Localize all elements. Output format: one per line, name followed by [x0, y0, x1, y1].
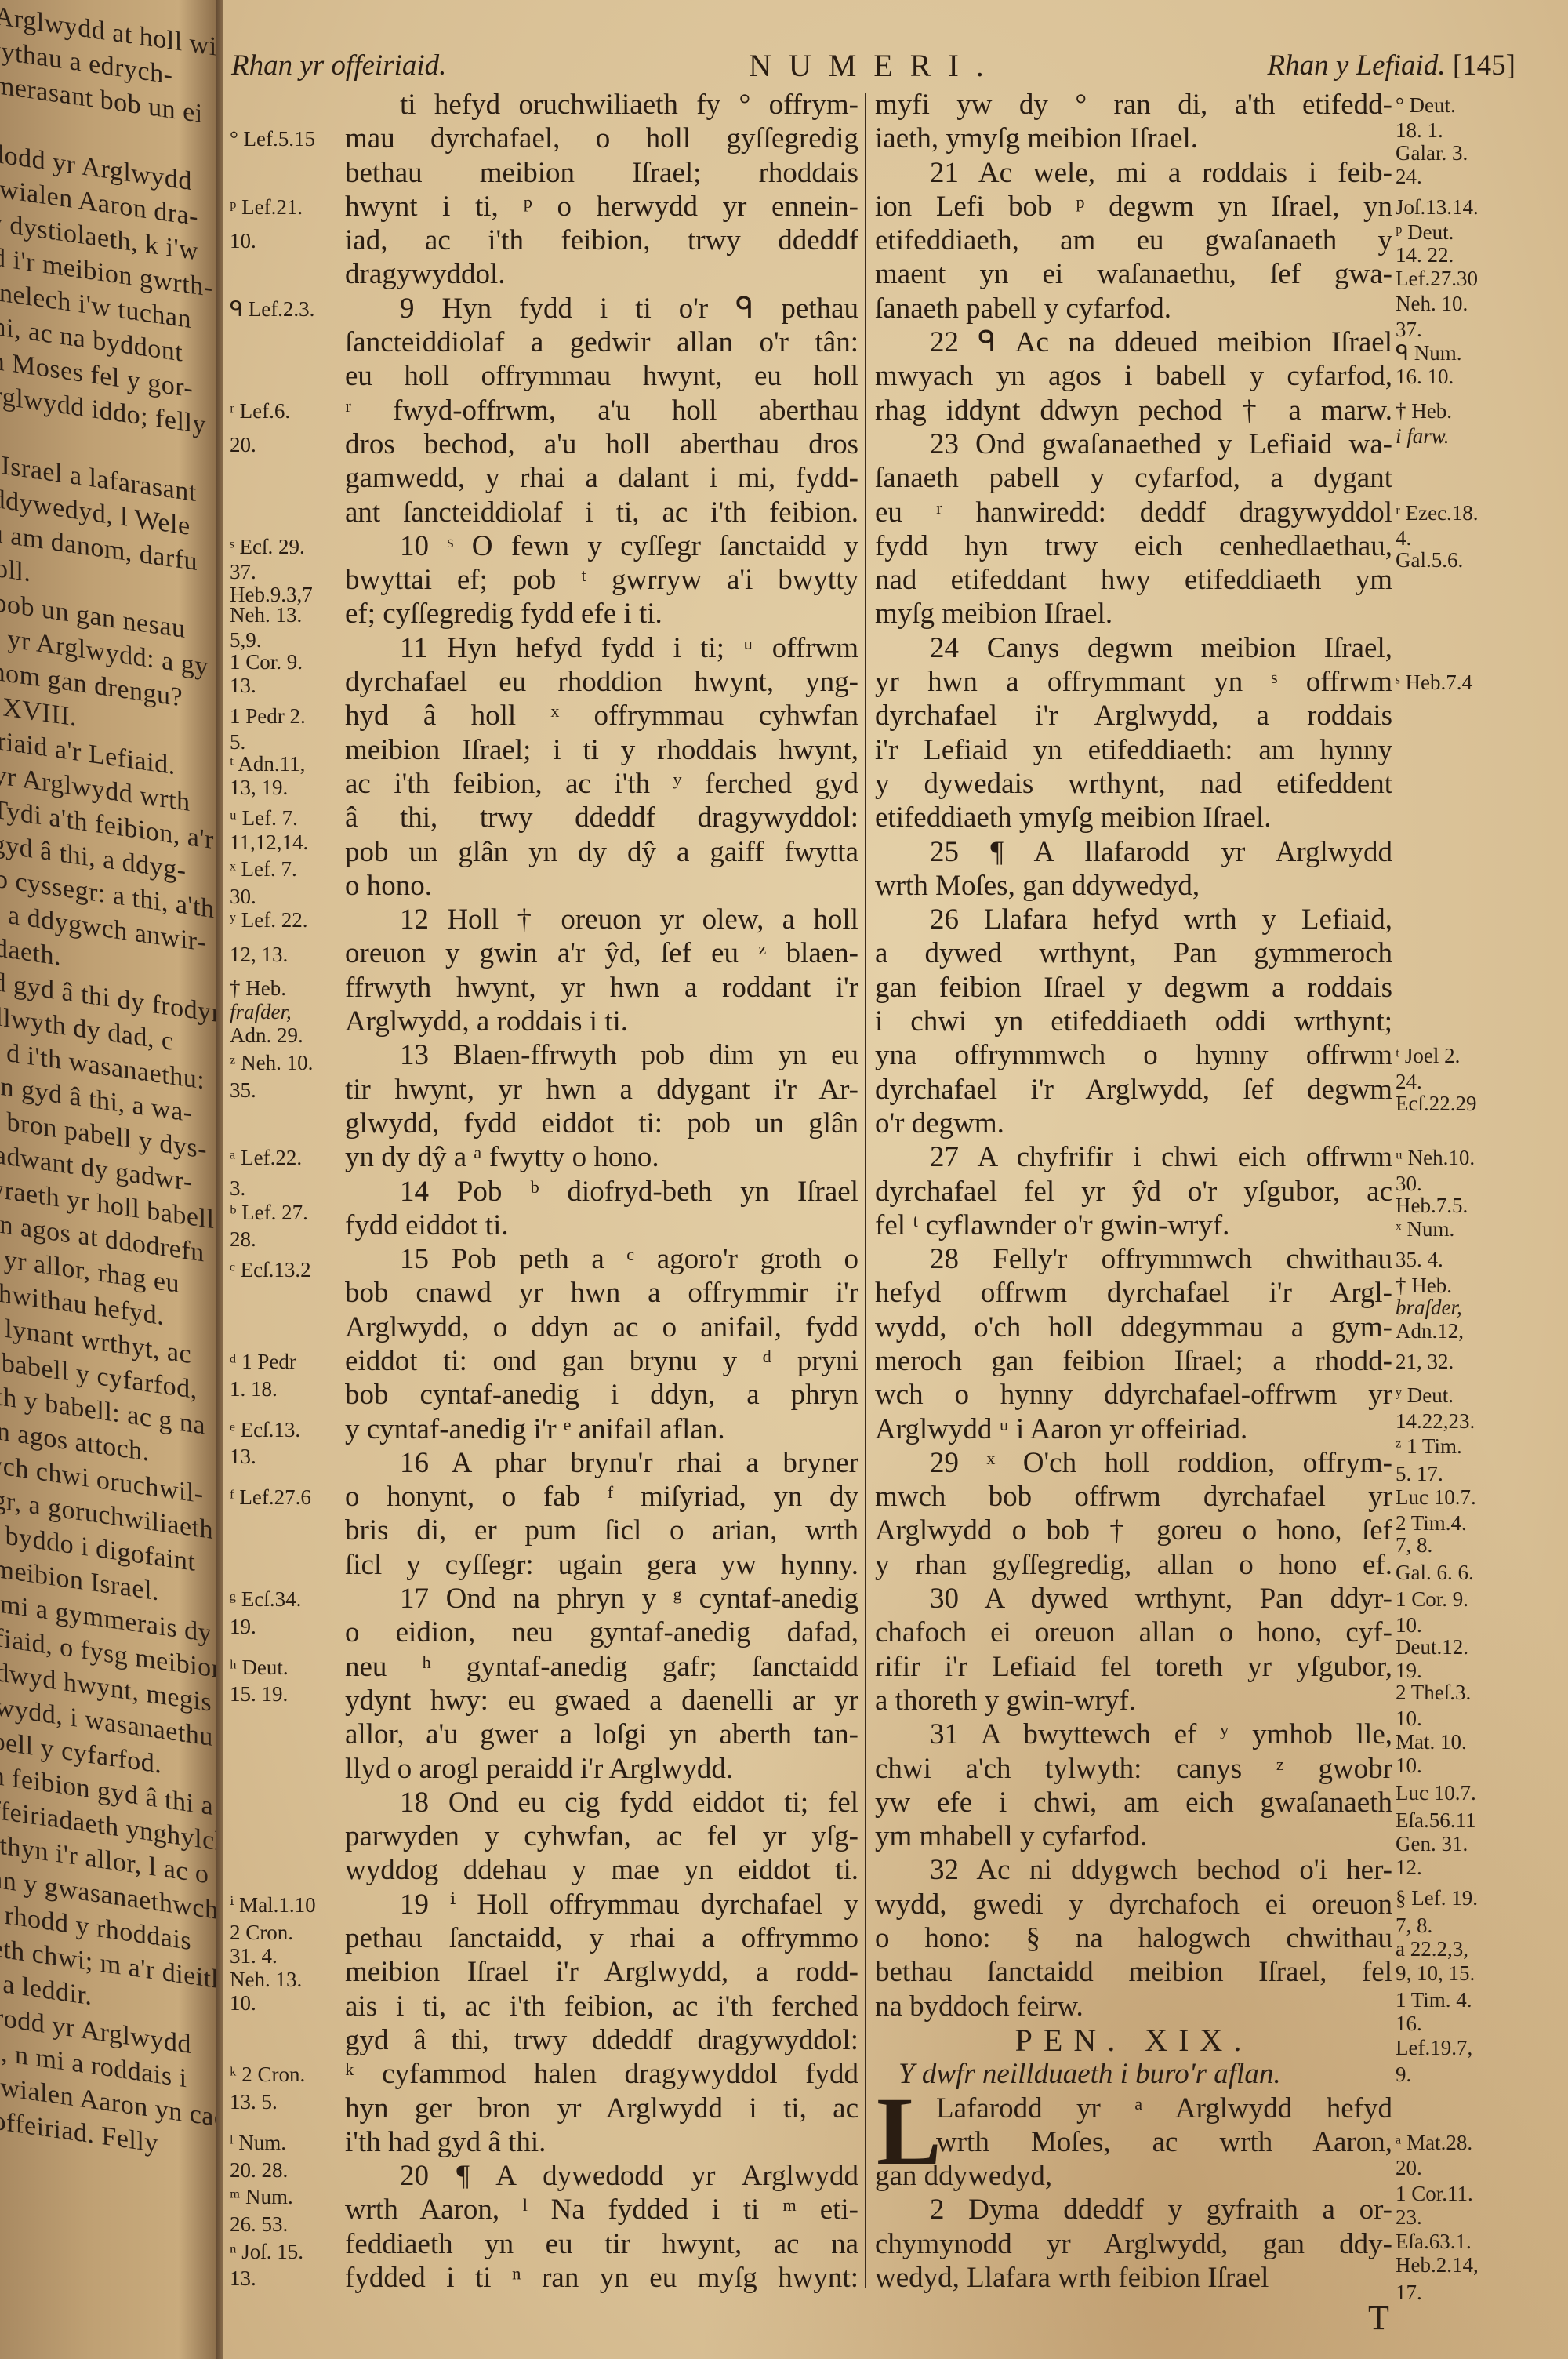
text-line: Y dwfr neillduaeth i buro'r aflan.: [875, 2057, 1392, 2091]
text-line: 29 ˣ O'ch holl roddion, offrym-: [875, 1446, 1392, 1480]
text-line: y dywedais wrthynt, nad etifeddent: [875, 767, 1392, 801]
text-line: dragywyddol.: [345, 257, 858, 291]
cross-reference-note: ˡ Num.: [230, 2132, 286, 2154]
text-line: gan ddywedyd,: [875, 2159, 1392, 2193]
text-line: nad etifeddant hwy etifeddiaeth ym: [875, 563, 1392, 597]
text-line: na byddoch feirw.: [875, 1990, 1392, 2023]
text-line: hyn ger bron yr Arglwydd i ti, ac: [345, 2092, 858, 2125]
cross-reference-note: ᶻ 1 Tim.: [1396, 1435, 1462, 1457]
text-line: meibion Iſrael i'r Arglwydd, a rodd-: [345, 1955, 858, 1989]
text-line: ais i ti, ac i'th feibion, ac i'th ferch…: [345, 1990, 858, 2023]
text-line: 27 A chyfrifir i chwi eich offrwm: [875, 1140, 1392, 1174]
text-line: wedyd, Llafara wrth feibion Iſrael: [875, 2261, 1392, 2295]
cross-reference-note: Eſa.63.1.: [1396, 2230, 1472, 2252]
cross-reference-note: ˢ Heb.7.4: [1396, 671, 1472, 693]
cross-reference-note: Gen. 31.: [1396, 1833, 1468, 1855]
text-line: fel ᵗ cyflawnder o'r gwin-wryf.: [875, 1209, 1392, 1242]
cross-reference-note: 1 Cor.11.: [1396, 2183, 1473, 2205]
text-line: â thi, trwy ddeddf dragywyddol:: [345, 801, 858, 834]
text-line: 26 Llafara hefyd wrth y Lefiaid,: [875, 903, 1392, 936]
text-line: 14 Pob ᵇ diofryd-beth yn Iſrael: [345, 1175, 858, 1209]
text-line: ſicl y cyſſegr: ugain gera yw hynny.: [345, 1548, 858, 1582]
cross-reference-note: ° Deut.: [1396, 94, 1456, 116]
cross-reference-note: 1 Cor. 9.: [230, 651, 303, 673]
cross-reference-note: ° Lef.5.15: [230, 128, 315, 150]
cross-reference-note: 20.: [1396, 2157, 1422, 2179]
text-line: llyd o arogl peraidd i'r Arglwydd.: [345, 1752, 858, 1786]
text-line: Arglwydd ᵘ i Aaron yr offeiriad.: [875, 1412, 1392, 1446]
cross-reference-note: 19.: [1396, 1659, 1422, 1681]
signature-mark: T: [1368, 2298, 1389, 2338]
cross-reference-note: 30.: [1396, 1172, 1422, 1194]
text-line: hyd â holl ˣ offrymmau cyhwfan: [345, 699, 858, 732]
text-line: i chwi yn etifeddiaeth oddi wrthynt;: [875, 1005, 1392, 1038]
text-line: meibion Iſrael; i ti y rhoddais hwynt,: [345, 733, 858, 767]
cross-reference-note: 2 Cron.: [230, 1921, 293, 1943]
cross-reference-note: ⁱ Mal.1.10: [230, 1894, 316, 1916]
cross-reference-note: ˣ Num.: [1396, 1218, 1454, 1240]
cross-reference-note: 16.: [1396, 2012, 1422, 2034]
text-line: 23 Ond gwaſanaethed y Lefiaid wa-: [875, 427, 1392, 461]
text-line: ᵏ cyfammod halen dragywyddol fydd: [345, 2057, 858, 2091]
cross-reference-note: 3.: [230, 1177, 245, 1199]
cross-reference-note: 9, 10, 15.: [1396, 1962, 1475, 1984]
running-head: Rhan yr offeiriaid. NUMERI. Rhan y Lefia…: [231, 44, 1509, 83]
cross-reference-note: Joſ.13.14.: [1396, 196, 1479, 218]
cross-reference-note: Lef.27.30: [1396, 267, 1478, 289]
text-line: gyd â thi, trwy ddeddf dragywyddol:: [345, 2023, 858, 2057]
text-line: wydd, gwedi y dyrchafoch ei oreuon: [875, 1888, 1392, 1921]
text-line: ffrwyth hwynt, yr hwn a roddant i'r: [345, 971, 858, 1005]
cross-reference-note: ᵖ Deut.: [1396, 221, 1454, 243]
book-title: NUMERI.: [749, 47, 1001, 84]
text-line: gan feibion Iſrael y degwm a roddais: [875, 971, 1392, 1005]
cross-reference-note: 14.22,23.: [1396, 1410, 1475, 1432]
text-line: 20 ¶ A dywedodd yr Arglwydd: [345, 2159, 858, 2193]
left-column-text: ti hefyd oruchwiliaeth fy ° offrym-mau d…: [345, 88, 858, 2295]
cross-reference-note: Lef.19.7,: [1396, 2037, 1472, 2059]
cross-reference-note: 1 Cor. 9.: [1396, 1588, 1468, 1610]
cross-reference-note: 24.: [1396, 1070, 1422, 1092]
text-line: fydd eiddot ti.: [345, 1209, 858, 1242]
text-line: bob cnawd yr hwn a offrymmir i'r: [345, 1276, 858, 1310]
text-line: dros bechod, a'u holl aberthau dros: [345, 427, 858, 461]
cross-reference-note: Adn.12,: [1396, 1320, 1464, 1342]
text-line: yr hwn a offrymmant yn ˢ offrwm: [875, 665, 1392, 699]
cross-reference-note: 12, 13.: [230, 943, 288, 965]
text-line: 18 Ond eu cig fydd eiddot ti; fel: [345, 1786, 858, 1819]
cross-reference-note: 26. 53.: [230, 2213, 288, 2235]
text-line: a thoreth y gwin-wryf.: [875, 1684, 1392, 1717]
cross-reference-note: § Lef. 19.: [1396, 1887, 1478, 1909]
cross-reference-note: Galar. 3.: [1396, 142, 1468, 164]
page-number: [145]: [1453, 49, 1515, 82]
cross-reference-note: Neh. 10.: [1396, 293, 1468, 314]
cross-reference-note: 20. 28.: [230, 2159, 288, 2181]
cross-reference-note: i farw.: [1396, 425, 1450, 447]
running-head-left: Rhan yr offeiriaid.: [231, 49, 446, 82]
text-line: 17 Ond na phryn y ᵍ cyntaf-anedig: [345, 1582, 858, 1616]
cross-reference-note: 24.: [1396, 165, 1422, 187]
text-line: o honynt, o fab ᶠ miſyriad, yn dy: [345, 1480, 858, 1514]
text-line: ſanaeth pabell y cyfarfod.: [875, 292, 1392, 325]
text-line: yn dy dŷ a ᵃ fwytty o hono.: [345, 1140, 858, 1174]
cross-reference-note: ᵃ Lef.22.: [230, 1147, 302, 1169]
text-line: mau dyrchafael, o holl gyſſegredig: [345, 122, 858, 155]
cross-reference-note: ᵐ Num.: [230, 2186, 293, 2208]
text-line: i'r Lefiaid yn etifeddiaeth: am hynny: [875, 733, 1392, 767]
cross-reference-note: Heb.9.3,7: [230, 583, 313, 605]
cross-reference-note: 10.: [230, 230, 256, 252]
cross-reference-note: 23.: [1396, 2206, 1422, 2228]
text-line: fydd hyn trwy eich cenhedlaethau,: [875, 529, 1392, 563]
text-line: bwyttai ef; pob ᵗ gwrryw a'i bwytty: [345, 563, 858, 597]
cross-reference-note: 5. 17.: [1396, 1463, 1443, 1485]
text-line: 22 ᑫ Ac na ddeued meibion Iſrael: [875, 325, 1392, 359]
cross-reference-note: ᵗ Adn.11,: [230, 753, 305, 775]
text-line: 25 ¶ A llafarodd yr Arglwydd: [875, 835, 1392, 869]
cross-reference-note: † Heb.: [1396, 400, 1452, 422]
cross-reference-note: ˣ Lef. 7.: [230, 858, 297, 880]
text-line: bethau ſanctaidd meibion Iſrael, fel: [875, 1955, 1392, 1989]
text-line: 16 A phar brynu'r rhai a bryner: [345, 1446, 858, 1480]
text-line: a dywed wrthynt, Pan gymmeroch: [875, 936, 1392, 970]
text-line: rhag iddynt ddwyn pechod † a marw.: [875, 394, 1392, 427]
text-line: 19 ⁱ Holl offrymmau dyrchafael y: [345, 1888, 858, 1921]
cross-reference-note: ᵏ 2 Cron.: [230, 2063, 305, 2085]
cross-reference-note: ᵗ Joel 2.: [1396, 1045, 1460, 1067]
text-line: 9 Hyn fydd i ti o'r ᑫ pethau: [345, 292, 858, 325]
cross-reference-note: 12.: [1396, 1856, 1422, 1878]
facing-page: n yr Arglwydd at holl wiail y llwythl: h…: [0, 0, 223, 2359]
cross-reference-note: ᶜ Ecſ.13.2: [230, 1259, 311, 1281]
cross-reference-note: ʳ Lef.6.: [230, 400, 290, 422]
cross-reference-note: Adn. 29.: [230, 1024, 303, 1046]
text-line: parwyden y cyhwfan, ac fel yr yſg-: [345, 1819, 858, 1853]
cross-reference-note: ᵃ Mat.28.: [1396, 2132, 1472, 2154]
cross-reference-note: Mat. 10.: [1396, 1731, 1467, 1753]
text-line: 12 Holl † oreuon yr olew, a holl: [345, 903, 858, 936]
text-line: 31 A bwyttewch ef ʸ ymhob lle,: [875, 1717, 1392, 1751]
cross-reference-note: 20.: [230, 434, 256, 456]
cross-reference-note: Eſa.56.11: [1396, 1809, 1475, 1831]
cross-reference-note: Gal. 6. 6.: [1396, 1561, 1474, 1583]
cross-reference-note: 37.: [1396, 318, 1422, 340]
cross-reference-note: 31. 4.: [230, 1945, 278, 1967]
cross-reference-note: 37.: [230, 561, 256, 583]
column-divider: [865, 93, 866, 2288]
text-line: myſg meibion Iſrael.: [875, 597, 1392, 631]
cross-reference-note: Deut.12.: [1396, 1636, 1468, 1658]
text-line: chymynodd yr Arglwydd, gan ddy-: [875, 2227, 1392, 2261]
cross-reference-note: 13. 5.: [230, 2091, 278, 2113]
text-line: wrth Moſes, ac wrth Aaron,: [875, 2125, 1392, 2159]
text-line: allor, a'u gwer a loſgi yn aberth tan-: [345, 1717, 858, 1751]
cross-reference-note: 5.: [230, 731, 245, 753]
text-line: ef; cyſſegredig fydd efe i ti.: [345, 597, 858, 631]
text-line: pethau ſanctaidd, y rhai a offrymmo: [345, 1921, 858, 1955]
cross-reference-note: 4.: [1396, 527, 1411, 549]
text-line: y rhan gyſſegredig, allan o hono ef.: [875, 1548, 1392, 1582]
cross-reference-note: 30.: [230, 885, 256, 907]
text-line: mwch bob offrwm dyrchafael yr: [875, 1480, 1392, 1514]
cross-reference-note: ʸ Lef. 22.: [230, 909, 307, 931]
cross-reference-note: ᵉ Ecſ.13.: [230, 1419, 300, 1441]
text-line: ydynt hwy: eu gwaed a daenelli ar yr: [345, 1684, 858, 1717]
cross-reference-note: 21, 32.: [1396, 1350, 1454, 1372]
running-head-right: Rhan y Lefiaid. [145]: [1267, 49, 1515, 82]
text-line: neu ʰ gyntaf-anedig gafr; ſanctaidd: [345, 1650, 858, 1684]
text-line: Lafarodd yr ᵃ Arglwydd hefyd: [875, 2092, 1392, 2125]
cross-reference-note: 14. 22.: [1396, 244, 1454, 266]
text-line: yna offrymmwch o hynny offrwm: [875, 1038, 1392, 1072]
text-line: 11 Hyn hefyd fydd i ti; ᵘ offrwm: [345, 631, 858, 665]
cross-reference-note: braſder,: [1396, 1296, 1462, 1318]
cross-reference-note: 13.: [230, 1445, 256, 1467]
text-line: rifir i'r Lefiaid fel toreth yr yſgubor,: [875, 1650, 1392, 1684]
cross-reference-note: ᶠ Lef.27.6: [230, 1486, 311, 1508]
text-line: y cyntaf-anedig i'r ᵉ anifail aflan.: [345, 1412, 858, 1446]
cross-reference-note: ᑫ Lef.2.3.: [230, 298, 314, 320]
cross-reference-note: † Heb.: [230, 977, 286, 999]
cross-reference-note: Heb.2.14,: [1396, 2254, 1479, 2276]
cross-reference-note: Luc 10.7.: [1396, 1782, 1476, 1804]
text-line: ym mhabell y cyfarfod.: [875, 1819, 1392, 1853]
cross-reference-note: 13.: [230, 2267, 256, 2289]
cross-reference-note: 18. 1.: [1396, 119, 1443, 141]
cross-reference-note: ᶻ Neh. 10.: [230, 1052, 313, 1074]
cross-reference-note: Neh. 13.: [230, 1968, 302, 1990]
text-line: etifeddiaeth, am eu gwaſanaeth y: [875, 224, 1392, 257]
text-line: o'r degwm.: [875, 1107, 1392, 1140]
text-line: ſanaeth pabell y cyfarfod, a dygant: [875, 461, 1392, 495]
cross-reference-note: 1. 18.: [230, 1378, 278, 1400]
text-line: dyrchafael fel yr ŷd o'r yſgubor, ac: [875, 1175, 1392, 1209]
text-line: ant ſancteiddiolaf i ti, ac i'th feibion…: [345, 496, 858, 529]
text-line: myfi yw dy ° ran di, a'th etifedd-: [875, 88, 1392, 122]
text-line: eu holl offrymmau hwynt, eu holl: [345, 359, 858, 393]
cross-reference-note: 16. 10.: [1396, 365, 1454, 387]
text-line: 24 Canys degwm meibion Iſrael,: [875, 631, 1392, 665]
cross-reference-note: † Heb.: [1396, 1274, 1452, 1296]
cross-reference-note: ᵘ Neh.10.: [1396, 1147, 1475, 1169]
cross-reference-note: ᵘ Lef. 7.: [230, 807, 298, 829]
text-line: i'th had gyd â thi.: [345, 2125, 858, 2159]
cross-reference-note: ˢ Ecſ. 29.: [230, 536, 305, 558]
cross-reference-note: 2 Tim.4.: [1396, 1512, 1467, 1534]
text-line: wrth Moſes, gan ddywedyd,: [875, 869, 1392, 903]
text-line: Arglwydd, a roddais i ti.: [345, 1005, 858, 1038]
text-line: 21 Ac wele, mi a roddais i feib-: [875, 156, 1392, 190]
text-line: o eidion, neu gyntaf-anedig dafad,: [345, 1616, 858, 1649]
text-line: wyddog ddehau y mae yn eiddot ti.: [345, 1853, 858, 1887]
cross-reference-note: 17.: [1396, 2281, 1422, 2303]
text-line: tir hwynt, yr hwn a ddygant i'r Ar-: [345, 1073, 858, 1107]
text-line: 15 Pob peth a ᶜ agoro'r groth o: [345, 1242, 858, 1276]
cross-reference-note: Luc 10.7.: [1396, 1486, 1476, 1508]
text-line: ac i'th feibion, ac i'th ʸ ferched gyd: [345, 767, 858, 801]
text-line: eu ʳ hanwiredd: deddf dragywyddol: [875, 496, 1392, 529]
cross-reference-note: a 22.2,3,: [1396, 1938, 1468, 1960]
facing-page-text: n yr Arglwydd at holl wiail y llwythl: h…: [0, 0, 212, 2169]
text-line: 13 Blaen-ffrwyth pob dim yn eu: [345, 1038, 858, 1072]
text-line: ion Lefi bob ᵖ degwm yn Iſrael, yn: [875, 190, 1392, 224]
cross-reference-note: ᑫ Num.: [1396, 342, 1461, 364]
text-line: 2 Dyma ddeddf y gyfraith a or-: [875, 2193, 1392, 2226]
cross-reference-note: 7, 8.: [1396, 1534, 1432, 1556]
drop-cap: L: [877, 2088, 942, 2175]
text-line: Arglwydd o bob † goreu o hono, ſef: [875, 1514, 1392, 1547]
text-line: wch o hynny ddyrchafael-offrwm yr: [875, 1378, 1392, 1412]
cross-reference-note: ʸ Deut.: [1396, 1384, 1454, 1406]
right-column-text: myfi yw dy ° ran di, a'th etifedd-iaeth,…: [875, 88, 1392, 2295]
text-line: 30 A dywed wrthynt, Pan ddyr-: [875, 1582, 1392, 1616]
cross-reference-note: 19.: [230, 1616, 256, 1637]
text-line: gamwedd, y rhai a dalant i mi, fydd-: [345, 461, 858, 495]
cross-reference-note: ⁿ Joſ. 15.: [230, 2241, 303, 2263]
text-line: glwydd, fydd eiddot ti: pob un glân: [345, 1107, 858, 1140]
text-line: Arglwydd, o ddyn ac o anifail, fydd: [345, 1310, 858, 1344]
text-line: 32 Ac ni ddygwch bechod o'i her-: [875, 1853, 1392, 1887]
cross-reference-note: 7, 8.: [1396, 1914, 1432, 1936]
cross-reference-note: 2 Theſ.3.: [1396, 1681, 1471, 1703]
cross-reference-note: 1 Pedr 2.: [230, 705, 306, 727]
text-line: ti hefyd oruchwiliaeth fy ° offrym-: [345, 88, 858, 122]
cross-reference-note: Gal.5.6.: [1396, 549, 1463, 571]
text-line: bob cyntaf-anedig i ddyn, a phryn: [345, 1378, 858, 1412]
text-line: meroch gan feibion Iſrael; a rhodd-: [875, 1344, 1392, 1378]
text-line: pob un glân yn dy dŷ a gaiff fwytta: [345, 835, 858, 869]
text-line: oreuon y gwin a'r ŷd, ſef eu ᶻ blaen-: [345, 936, 858, 970]
cross-reference-note: ᵇ Lef. 27.: [230, 1201, 308, 1223]
cross-reference-note: 10.: [1396, 1754, 1422, 1776]
cross-reference-note: 1 Tim. 4.: [1396, 1989, 1472, 2011]
text-line: wrth Aaron, ˡ Na fydded i ti ᵐ eti-: [345, 2193, 858, 2226]
cross-reference-note: 10.: [1396, 1707, 1422, 1729]
cross-reference-note: 28.: [230, 1228, 256, 1250]
cross-reference-note: ʰ Deut.: [230, 1656, 289, 1678]
cross-reference-note: 13.: [230, 674, 256, 696]
cross-reference-note: 13, 19.: [230, 776, 288, 798]
cross-reference-note: Neh. 13.: [230, 604, 302, 626]
cross-reference-note: ᵈ 1 Pedr: [230, 1350, 296, 1372]
cross-reference-note: 35.: [230, 1079, 256, 1101]
text-line: o hono.: [345, 869, 858, 903]
cross-reference-note: 10.: [230, 1992, 256, 2014]
cross-reference-note: Heb.7.5.: [1396, 1194, 1468, 1216]
text-line: wydd, o'ch holl ddegymmau a gym-: [875, 1310, 1392, 1344]
text-line: PEN. XIX.: [875, 2023, 1392, 2057]
text-line: chafoch ei oreuon allan o hono, cyf-: [875, 1616, 1392, 1649]
text-line: iad, ac i'th feibion, trwy ddeddf: [345, 224, 858, 257]
cross-reference-note: fraſder,: [230, 1001, 292, 1023]
text-line: etifeddiaeth ymyſg meibion Iſrael.: [875, 801, 1392, 834]
cross-reference-note: Ecſ.22.29: [1396, 1092, 1476, 1114]
text-line: ʳ fwyd-offrwm, a'u holl aberthau: [345, 394, 858, 427]
text-line: eiddot ti: ond gan brynu y ᵈ pryni: [345, 1344, 858, 1378]
cross-reference-note: 11,12,14.: [230, 831, 308, 853]
text-line: hwynt i ti, ᵖ o herwydd yr ennein-: [345, 190, 858, 224]
cross-reference-note: ʳ Ezec.18.: [1396, 502, 1479, 524]
text-line: feddiaeth yn eu tir hwynt, ac na: [345, 2227, 858, 2261]
text-line: iaeth, ymyſg meibion Iſrael.: [875, 122, 1392, 155]
text-line: mwyach yn agos i babell y cyfarfod,: [875, 359, 1392, 393]
cross-reference-note: 15. 19.: [230, 1683, 288, 1705]
text-line: o hono: § na halogwch chwithau: [875, 1921, 1392, 1955]
text-line: fydded i ti ⁿ ran yn eu myſg hwynt:: [345, 2261, 858, 2295]
cross-reference-note: ᵍ Ecſ.34.: [230, 1588, 301, 1610]
text-line: dyrchafael i'r Arglwydd, a roddais: [875, 699, 1392, 732]
text-line: 28 Felly'r offrymmwch chwithau: [875, 1242, 1392, 1276]
text-line: dyrchafael eu rhoddion hwynt, yng-: [345, 665, 858, 699]
text-line: bethau meibion Iſrael; rhoddais: [345, 156, 858, 190]
text-line: hefyd offrwm dyrchafael i'r Argl-: [875, 1276, 1392, 1310]
text-line: ſanctеiddiolaf a gedwir allan o'r tân:: [345, 325, 858, 359]
cross-reference-note: ᵖ Lef.21.: [230, 196, 303, 218]
text-line: yw efe i chwi, am eich gwaſanaeth: [875, 1786, 1392, 1819]
cross-reference-note: 10.: [1396, 1614, 1422, 1636]
text-line: chwi a'ch tylwyth: canys ᶻ gwobr: [875, 1752, 1392, 1786]
text-line: maent yn ei waſanaethu, ſef gwa-: [875, 257, 1392, 291]
cross-reference-note: 35. 4.: [1396, 1249, 1443, 1270]
text-line: bris di, er pum ſicl o arian, wrth: [345, 1514, 858, 1547]
text-line: 10 ˢ O fewn y cyſſegr ſanctaidd y: [345, 529, 858, 563]
text-line: dyrchafael i'r Arglwydd, ſef degwm: [875, 1073, 1392, 1107]
cross-reference-note: 9.: [1396, 2063, 1411, 2085]
running-head-right-text: Rhan y Lefiaid.: [1267, 49, 1445, 82]
cross-reference-note: 5,9.: [230, 629, 262, 651]
